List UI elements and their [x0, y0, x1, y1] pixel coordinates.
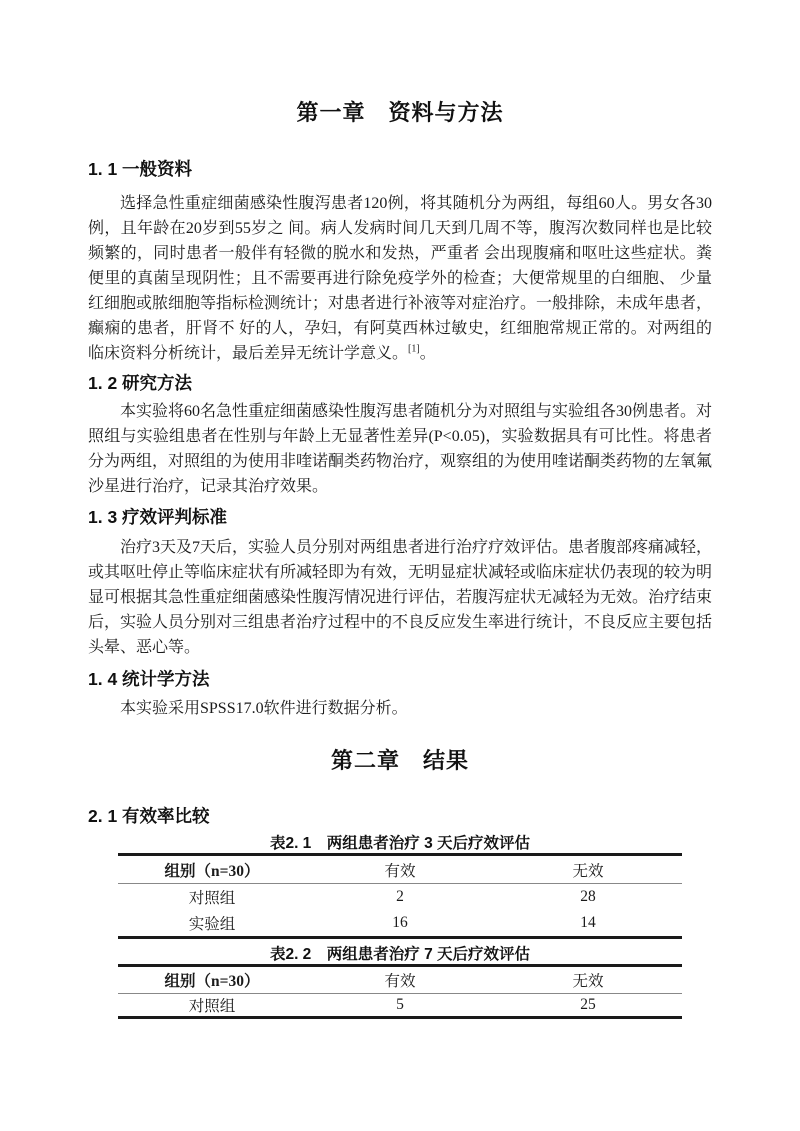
paragraph-line: 选择急性重症细菌感染性腹泻患者120例，将其随机分为两组，每组60人。男女各30	[88, 191, 712, 216]
table-cell: 5	[306, 994, 494, 1018]
table2-body: 对照组 5 25	[118, 994, 682, 1018]
paragraph-line: 分为两组，对照组的为使用非喹诺酮类药物治疗，观察组的为使用喹诺酮类药物的左氧氟	[88, 449, 712, 474]
section-heading-2-1: 2. 1 有效率比较	[88, 806, 712, 827]
paragraph-text: 临床资料分析统计，最后差异无统计学意义。	[88, 345, 408, 362]
table-cell: 25	[494, 994, 682, 1018]
paragraph-line: 本实验将60名急性重症细菌感染性腹泻患者随机分为对照组与实验组各30例患者。对	[88, 399, 712, 424]
table-row: 实验组 16 14	[118, 911, 682, 938]
chapter1-title: 第一章 资料与方法	[88, 0, 712, 126]
table-cell: 2	[306, 884, 494, 911]
table2-caption: 表2. 2 两组患者治疗 7 天后疗效评估	[88, 945, 712, 964]
table-cell: 实验组	[118, 911, 306, 938]
table-row: 对照组 5 25	[118, 994, 682, 1018]
section-heading-1-1: 1. 1 一般资料	[88, 159, 712, 180]
paragraph-text: 。	[420, 345, 436, 362]
paragraph-line: 频繁的，同时患者一般伴有轻微的脱水和发热，严重者 会出现腹痛和呕吐这些症状。粪	[88, 241, 712, 266]
table-cell: 对照组	[118, 994, 306, 1018]
table-cell: 对照组	[118, 884, 306, 911]
paragraph-line: 本实验采用SPSS17.0软件进行数据分析。	[88, 696, 712, 721]
section-heading-1-3: 1. 3 疗效评判标准	[88, 507, 712, 528]
chapter2-title: 第二章 结果	[88, 748, 712, 774]
table-cell: 16	[306, 911, 494, 938]
table-header-cell: 无效	[494, 855, 682, 884]
table1-body: 对照组 2 28 实验组 16 14	[118, 884, 682, 938]
document-page: 第一章 资料与方法 1. 1 一般资料 选择急性重症细菌感染性腹泻患者120例，…	[0, 0, 800, 1131]
table-header-cell: 无效	[494, 966, 682, 994]
paragraph-line: 红细胞或脓细胞等指标检测统计；对患者进行补液等对症治疗。一般排除，未成年患者，	[88, 291, 712, 316]
section-heading-1-2: 1. 2 研究方法	[88, 373, 712, 394]
table-header-cell: 组别（n=30）	[118, 966, 306, 994]
paragraph-1-3: 治疗3天及7天后，实验人员分别对两组患者进行治疗疗效评估。患者腹部疼痛减轻， 或…	[88, 535, 712, 660]
paragraph-line: 头晕、恶心等。	[88, 635, 712, 660]
paragraph-line: 临床资料分析统计，最后差异无统计学意义。[1]。	[88, 341, 712, 366]
paragraph-line: 沙星进行治疗，记录其治疗效果。	[88, 474, 712, 499]
table-header-row: 组别（n=30） 有效 无效	[118, 855, 682, 884]
paragraph-line: 或其呕吐停止等临床症状有所减轻即为有效，无明显症状减轻或临床症状仍表现的较为明	[88, 560, 712, 585]
table-header-cell: 有效	[306, 966, 494, 994]
table-header-cell: 有效	[306, 855, 494, 884]
paragraph-line: 便里的真菌呈现阴性；且不需要再进行除免疫学外的检查；大便常规里的白细胞、 少量	[88, 266, 712, 291]
table-header-cell: 组别（n=30）	[118, 855, 306, 884]
paragraph-1-1: 选择急性重症细菌感染性腹泻患者120例，将其随机分为两组，每组60人。男女各30…	[88, 191, 712, 366]
table-row: 对照组 2 28	[118, 884, 682, 911]
paragraph-1-2: 本实验将60名急性重症细菌感染性腹泻患者随机分为对照组与实验组各30例患者。对 …	[88, 399, 712, 499]
paragraph-line: 后，实验人员分别对三组患者治疗过程中的不良反应发生率进行统计，不良反应主要包括	[88, 610, 712, 635]
table-header-row: 组别（n=30） 有效 无效	[118, 966, 682, 994]
table-efficacy-day7: 组别（n=30） 有效 无效 对照组 5 25	[118, 964, 682, 1019]
table-cell: 28	[494, 884, 682, 911]
paragraph-line: 照组与实验组患者在性别与年龄上无显著性差异(P<0.05)，实验数据具有可比性。…	[88, 424, 712, 449]
reference-superscript: [1]	[408, 344, 420, 355]
table1-caption: 表2. 1 两组患者治疗 3 天后疗效评估	[88, 834, 712, 853]
table-cell: 14	[494, 911, 682, 938]
page-content: 第一章 资料与方法 1. 1 一般资料 选择急性重症细菌感染性腹泻患者120例，…	[0, 0, 800, 1019]
paragraph-line: 显可根据其急性重症细菌感染性腹泻情况进行评估，若腹泻症状无减轻为无效。治疗结束	[88, 585, 712, 610]
paragraph-line: 例，且年龄在20岁到55岁之 间。病人发病时间几天到几周不等，腹泻次数同样也是比…	[88, 216, 712, 241]
table-efficacy-day3: 组别（n=30） 有效 无效 对照组 2 28 实验组 16 14	[118, 853, 682, 939]
paragraph-1-4: 本实验采用SPSS17.0软件进行数据分析。	[88, 696, 712, 721]
paragraph-line: 癫痫的患者，肝肾不 好的人，孕妇，有阿莫西林过敏史，红细胞常规正常的。对两组的	[88, 316, 712, 341]
section-heading-1-4: 1. 4 统计学方法	[88, 669, 712, 690]
table1-header: 组别（n=30） 有效 无效	[118, 855, 682, 884]
paragraph-line: 治疗3天及7天后，实验人员分别对两组患者进行治疗疗效评估。患者腹部疼痛减轻，	[88, 535, 712, 560]
table2-header: 组别（n=30） 有效 无效	[118, 966, 682, 994]
